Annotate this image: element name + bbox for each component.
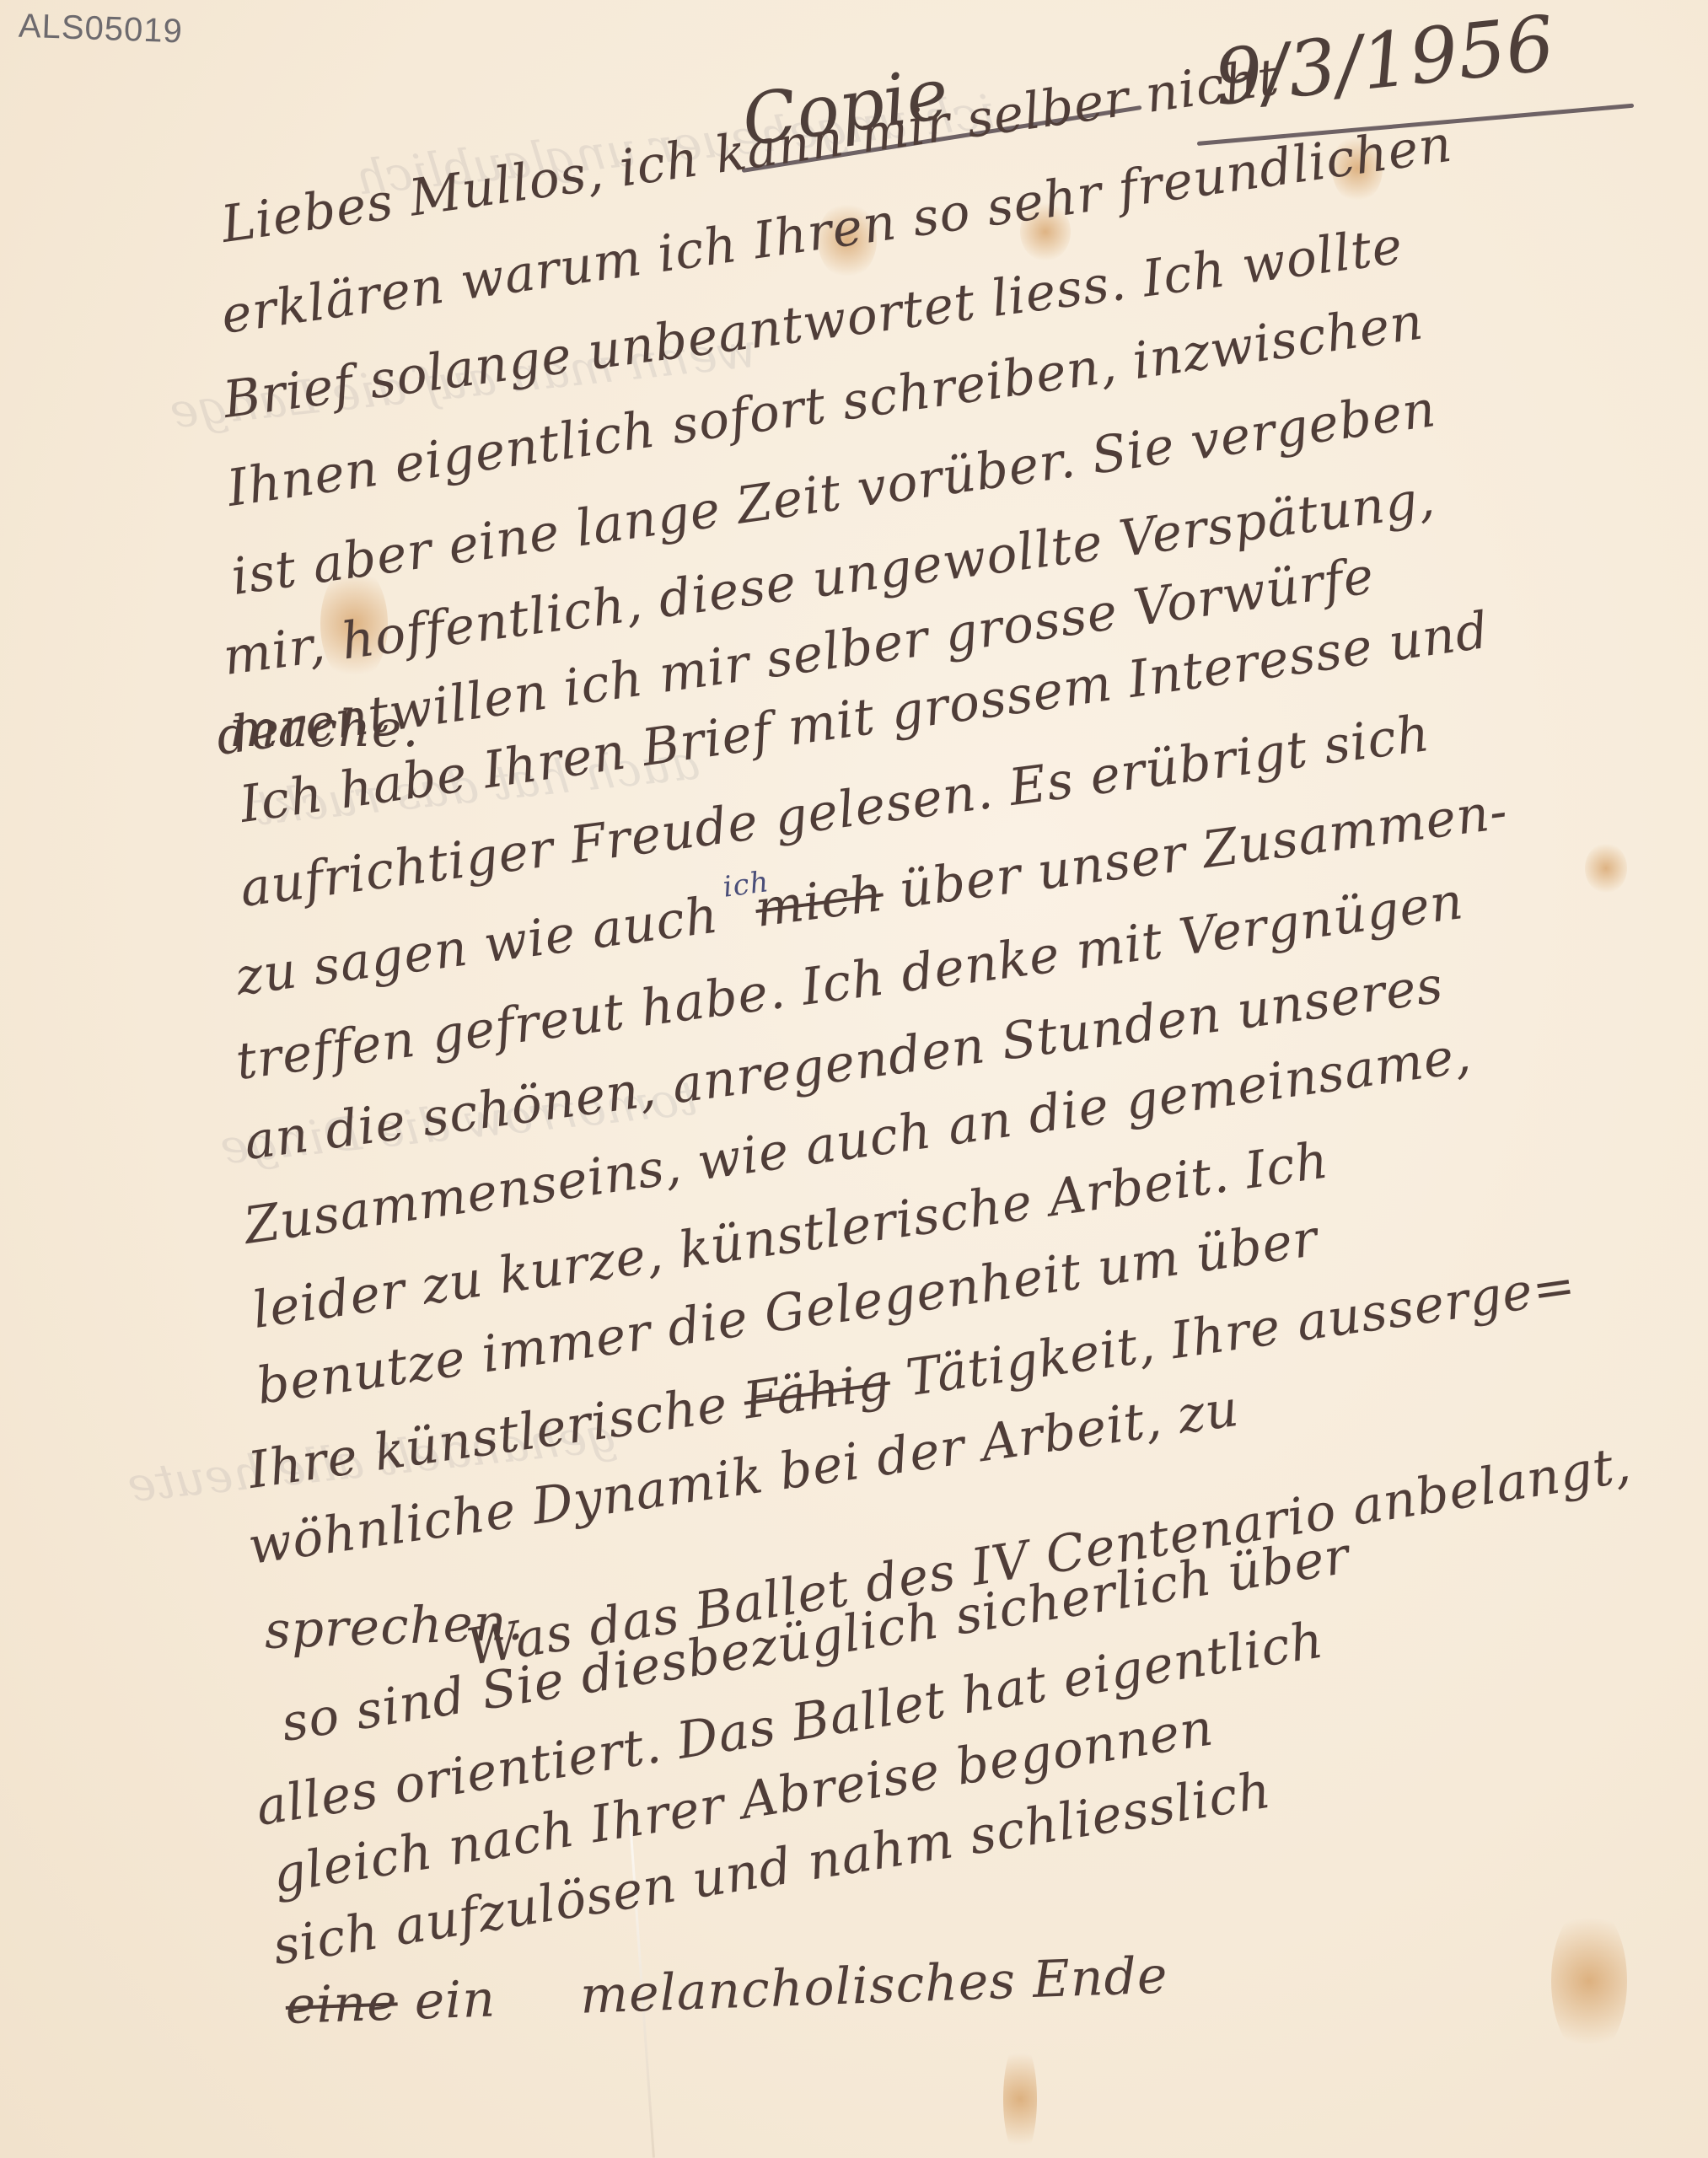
archive-id: ALS05019 (18, 8, 183, 51)
letter-line: mache. (229, 700, 420, 759)
stain (1551, 1905, 1627, 2057)
letter-page: ich ungeheuer unglaublich wenn man auf d… (0, 0, 1708, 2158)
line-text: ein melancholisches Ende (396, 1946, 1168, 2032)
letter-line: eine ein melancholisches Ende (285, 1946, 1169, 2036)
struck-word: eine (285, 1973, 399, 2036)
struck-word: mich (752, 864, 887, 939)
stain (1003, 2040, 1037, 2158)
stain (1585, 843, 1627, 894)
struck-word: Fähig (740, 1352, 894, 1431)
inserted-word: ich (721, 865, 771, 905)
